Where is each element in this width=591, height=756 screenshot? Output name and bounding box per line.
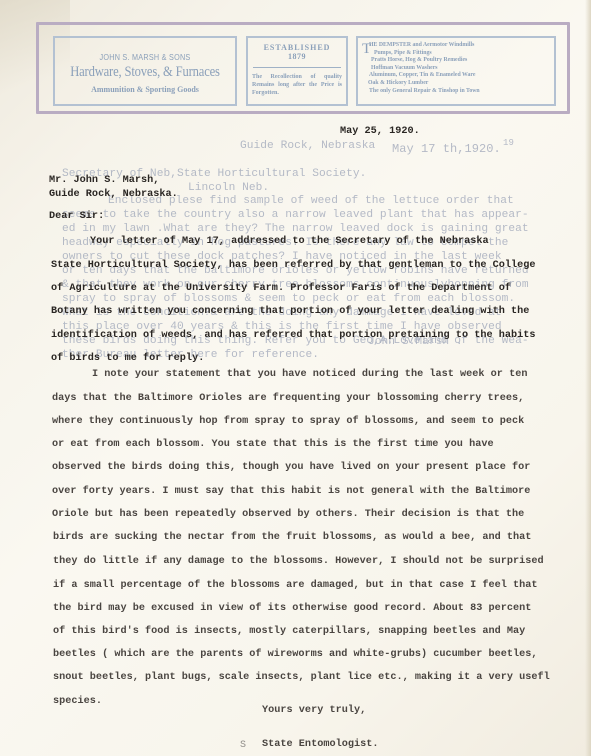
paragraph-2-line: they do little if any damage to the blos… [53, 556, 544, 567]
recipient-address: Guide Rock, Nebraska. [49, 189, 178, 200]
product-item: Aluminum, Copper, Tin & Enameled Ware [362, 72, 550, 80]
letterhead-established-box: ESTABLISHED 1879 The Recollection of qua… [246, 36, 348, 106]
product-item: Oak & Hickory Lumber [362, 80, 550, 88]
paragraph-2-line: over forty years. I must say that this h… [52, 486, 530, 497]
paragraph-2-line: I note your statement that you have noti… [92, 369, 527, 380]
letterhead: JOHN S. MARSH & SONS Hardware, Stoves, &… [36, 22, 570, 114]
paragraph-1-line: State Horticultural Society, has been re… [51, 260, 536, 271]
company-name: JOHN S. MARSH & SONS [69, 52, 222, 62]
company-tagline: Ammunition & Sporting Goods [55, 85, 235, 94]
paragraph-2-line: where they continuously hop from spray t… [52, 416, 524, 427]
recipient-name: Mr. John S. Marsh, [49, 175, 159, 186]
closing: Yours very truly, [262, 705, 366, 716]
products-list: T HE DEMPSTER and Aermotor Windmills Pum… [358, 38, 554, 95]
product-item: Hoffman Vacuum Washers [362, 65, 550, 73]
paragraph-1-line: of Agriculture at the University Farm. P… [51, 283, 511, 294]
letterhead-products-box: T HE DEMPSTER and Aermotor Windmills Pum… [356, 36, 556, 106]
paragraph-2-line: days that the Baltimore Orioles are freq… [52, 393, 524, 404]
ghost-line: ed in my lawn .What are they? The narrow… [62, 223, 529, 235]
ghost-line: spray to spray of blossoms & seem to pec… [62, 293, 515, 305]
product-item: Pumps, Pipe & Fittings [362, 50, 550, 58]
paragraph-2-line: birds are sucking the nectar from the fr… [53, 532, 531, 543]
paper-edge [585, 0, 591, 756]
product-item: Pratts Horse, Hog & Poultry Remedies [362, 57, 550, 65]
paragraph-1-line: Your letter of May 17, addressed to the … [90, 236, 489, 247]
paragraph-2-line: snout beetles, plant bugs, scale insects… [53, 672, 550, 683]
established-year: 1879 [248, 52, 346, 61]
product-item: The only General Repair & Tinshop in Tow… [362, 88, 550, 96]
ghost-year-prefix: 19 [503, 138, 514, 148]
paragraph-2-line: if a small percentage of the blossoms ar… [53, 580, 538, 591]
paragraph-2-line: beetles ( which are the parents of wirew… [53, 649, 538, 660]
company-business-line: Hardware, Stoves, & Furnaces [69, 64, 220, 81]
signature-mark: S [240, 740, 246, 751]
letter-date: May 25, 1920. [340, 126, 420, 137]
paragraph-1-line: identification of weeds, and has referre… [51, 330, 536, 341]
letter-page: JOHN S. MARSH & SONS Hardware, Stoves, &… [0, 0, 591, 756]
paragraph-2-line: the bird may be excused in view of its o… [53, 603, 531, 614]
signer-title: State Entomologist. [262, 739, 379, 750]
ghost-date: May 17 th,1920. [392, 142, 501, 156]
products-drop-cap: T [362, 42, 371, 57]
paragraph-2-line: observed the birds doing this, though yo… [52, 462, 530, 473]
ghost-place: Guide Rock, Nebraska [240, 140, 375, 152]
letterhead-company-box: JOHN S. MARSH & SONS Hardware, Stoves, &… [53, 36, 237, 106]
ghost-line: Lincoln Neb. [188, 182, 269, 194]
paragraph-2-line: or eat from each blossom. You state that… [52, 439, 494, 450]
paragraph-1-line: of birds to me for reply. [51, 353, 204, 364]
paragraph-1-line: Botany has written you concerning that p… [51, 306, 529, 317]
paragraph-2-line: species. [53, 696, 102, 707]
established-divider [253, 67, 341, 68]
paragraph-2-line: of this bird's food is insects, mostly c… [53, 626, 525, 637]
ghost-line: seems to take the country also a narrow … [62, 209, 529, 221]
established-title: ESTABLISHED [248, 43, 346, 52]
paragraph-2-line: Oriole but has been repeatedly observed … [52, 509, 524, 520]
established-motto: The Recollection of quality Remains long… [248, 73, 346, 97]
product-item: HE DEMPSTER and Aermotor Windmills [362, 42, 550, 50]
salutation: Dear Sir: [49, 211, 104, 222]
